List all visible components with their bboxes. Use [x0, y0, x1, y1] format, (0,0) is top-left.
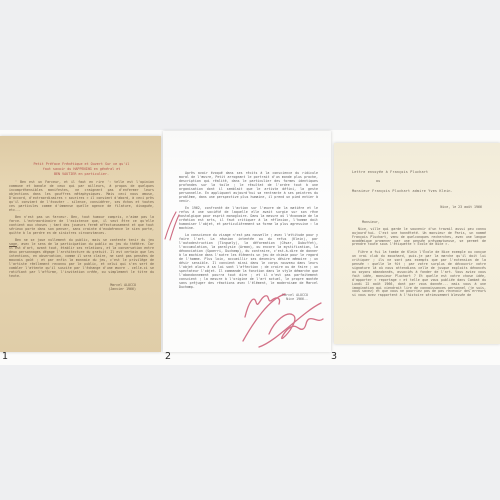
document-2-letter: Après avoir évoqué dans ses récits à la … [163, 131, 331, 352]
doc1-signature-date: (Janvier 1966) [9, 288, 136, 292]
document-3-letter: Lettre envoyée à François Pluchart ou Mo… [334, 143, 500, 344]
margin-annotation-mark-icon [162, 210, 180, 242]
doc3-header-line-1: Lettre envoyée à François Pluchart [352, 170, 486, 174]
doc3-header-ou: ou [376, 179, 486, 183]
photo-background: Petit Préface Frénétique et Ouvert Sur c… [0, 0, 500, 500]
doc1-title-line-2: faut savoir du HAPPENING en général et [9, 167, 154, 171]
doc1-p3-text-end: , avec le sens de la participation du pu… [9, 242, 154, 278]
document-1-letter: Petit Préface Frénétique et Ouvert Sur c… [0, 136, 161, 352]
handwritten-signature-icon [241, 289, 329, 349]
item-number-3: 3 [331, 351, 337, 362]
doc1-paragraph-2: Ben n'est pas un farceur. Ben, tout humo… [9, 216, 154, 236]
item-number-2: 2 [165, 351, 171, 362]
item-number-1: 1 [2, 351, 8, 362]
doc3-paragraph-1: Nice, ville qui garde le souvenir d'un t… [352, 228, 486, 248]
doc1-title-line-1: Petit Préface Frénétique et Ouvert Sur c… [9, 162, 154, 166]
doc1-paragraph-1: ' Ben est un Farceur, et il faut en rire… [9, 181, 154, 213]
doc2-paragraph-3: La conscience du visage n'est pas nouvel… [179, 234, 318, 289]
doc3-date-line: Nice, le 23 août 1966 [352, 206, 486, 210]
doc1-paragraph-3: Ben ne se joue nullement du public, mais… [9, 239, 154, 279]
doc2-paragraph-2: En 1962, confronté de l'action sur l'œuv… [179, 207, 318, 231]
doc3-header-line-2: Monsieur François Pluchart admire Yves K… [352, 189, 486, 193]
doc2-paragraph-1: Après avoir évoqué dans ses récits à la … [179, 172, 318, 204]
doc3-paragraph-2: Fière a fui la tombe de Klein l'École de… [352, 251, 486, 298]
doc1-red-title: Petit Préface Frénétique et Ouvert Sur c… [9, 162, 154, 176]
doc3-salutation: Monsieur, [362, 221, 486, 225]
doc1-title-line-3: BEN VAUTIER en particulier. [9, 172, 154, 176]
doc1-signature-block: Marcel ALOCCO (Janvier 1966) [9, 284, 154, 292]
